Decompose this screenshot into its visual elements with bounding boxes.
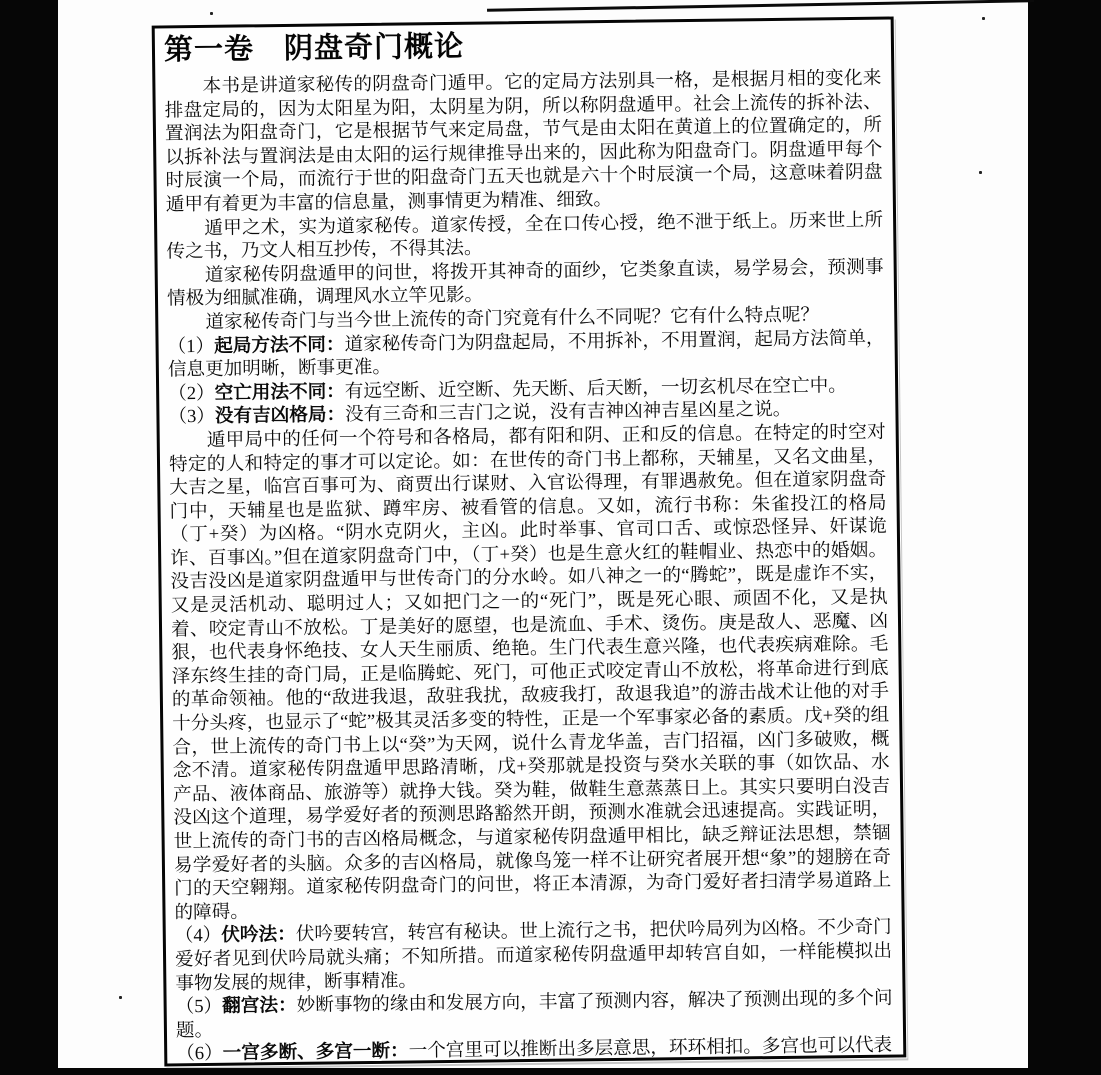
item-number: （4） xyxy=(175,925,222,947)
paragraph-symbols-discussion: 遁甲局中的任何一个符号和各格局，都有阳和阴、正和反的信息。在特定的时空对特定的人… xyxy=(169,421,892,925)
scan-speck xyxy=(210,12,213,15)
list-item-4: （4）伏吟法：伏吟要转宫，转宫有秘诀。世上流行之书，把伏吟局列为凶格。不少奇门爱… xyxy=(175,916,893,996)
scan-speck xyxy=(119,996,122,999)
item-text: 一个宫里可以推断出多层意思，环环相扣。多宫也可以代表 xyxy=(409,1035,893,1062)
chapter-title: 第一卷 阴盘奇门概论 xyxy=(164,24,881,70)
item-label: 空亡用法不同： xyxy=(215,381,345,404)
item-number: （2） xyxy=(168,383,215,405)
item-number: （6） xyxy=(176,1043,223,1065)
content-frame: 第一卷 阴盘奇门概论 本书是讲道家秘传的阴盘奇门遁甲。它的定局方法别具一格，是根… xyxy=(152,17,907,1067)
item-label: 一宫多断、多宫一断： xyxy=(223,1041,409,1064)
paragraph-intro: 本书是讲道家秘传的阴盘奇门遁甲。它的定局方法别具一格，是根据月相的变化来排盘定局… xyxy=(164,67,883,217)
scan-border-bottom xyxy=(0,1068,1101,1075)
scan-page: 第一卷 阴盘奇门概论 本书是讲道家秘传的阴盘奇门遁甲。它的定局方法别具一格，是根… xyxy=(0,0,1101,1075)
item-label: 翻宫法： xyxy=(222,995,297,1017)
item-label: 没有吉凶格局： xyxy=(215,405,345,428)
item-number: （1） xyxy=(167,335,214,357)
scan-edge-line xyxy=(487,0,1034,12)
item-number: （3） xyxy=(168,406,215,428)
scan-border-left xyxy=(0,0,58,1075)
scan-speck xyxy=(982,17,985,20)
item-label: 起局方法不同： xyxy=(214,334,345,357)
item-label: 伏吟法： xyxy=(221,924,296,946)
scan-border-right xyxy=(1028,0,1101,1075)
scan-speck xyxy=(979,171,982,174)
item-number: （5） xyxy=(176,996,223,1018)
